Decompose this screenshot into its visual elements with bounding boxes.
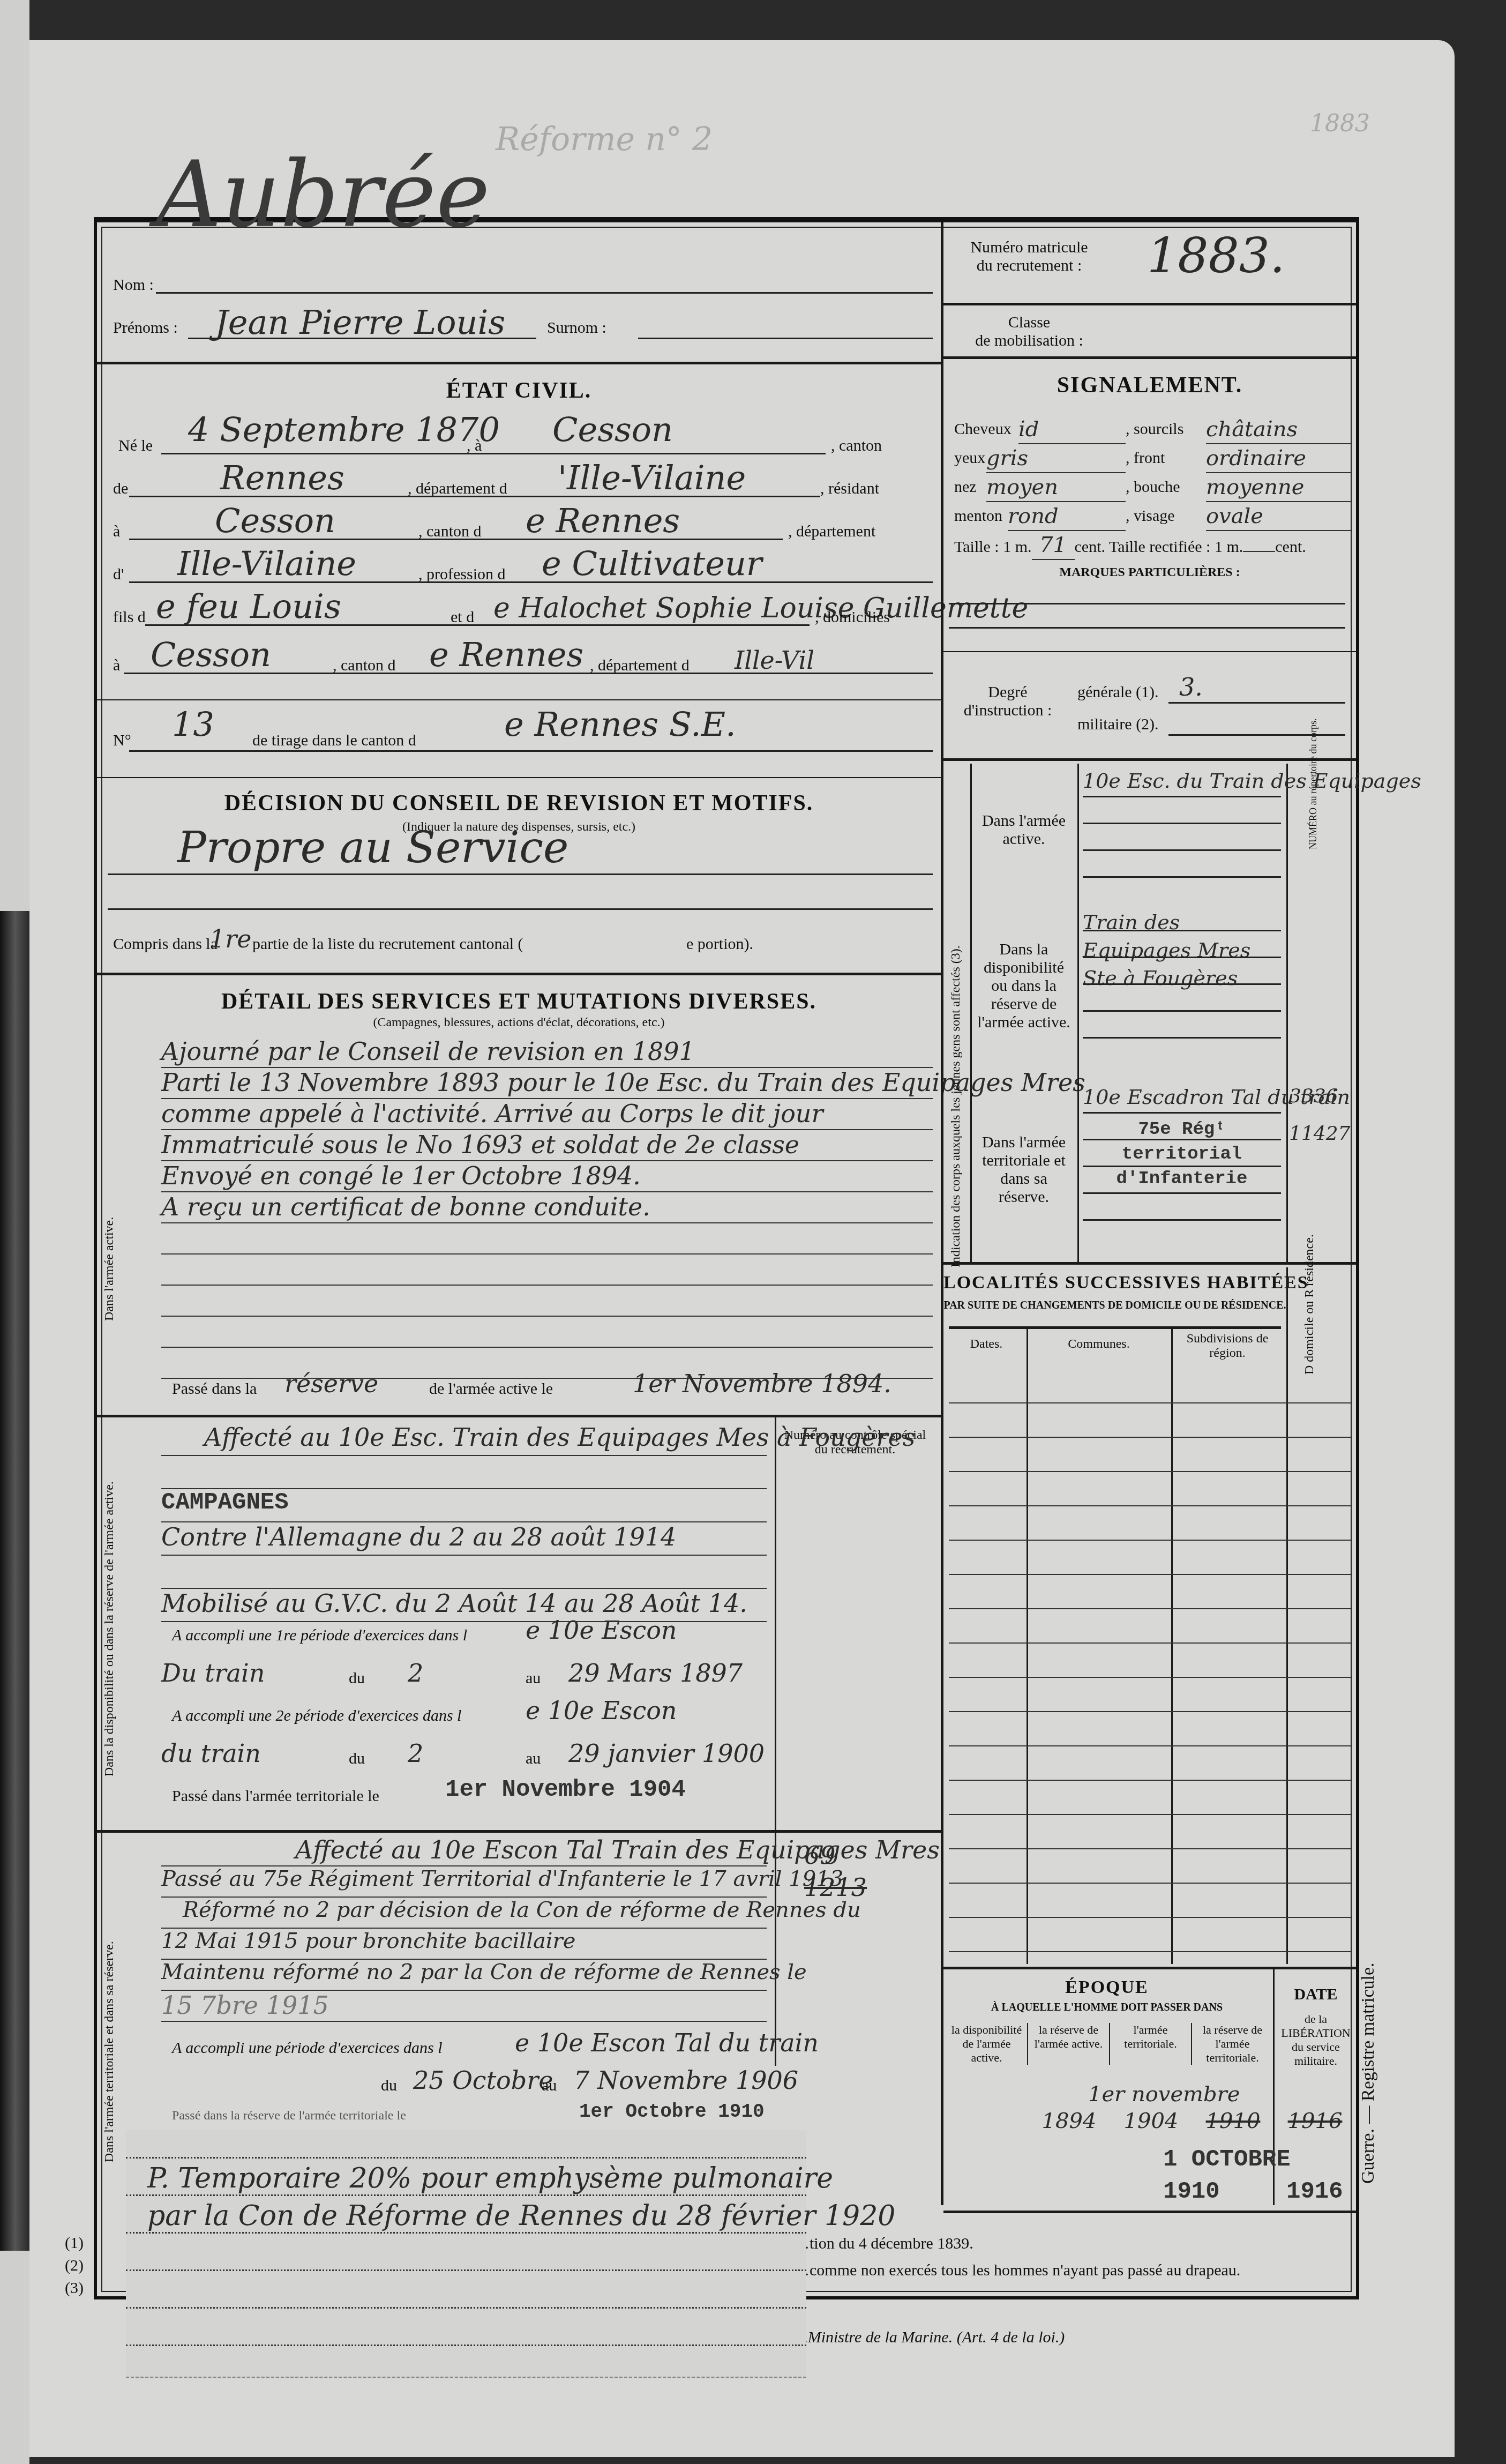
residence-canton-label: , canton d [418,522,481,541]
passe-territoriale-date: 1er Novembre 1904 [445,1776,686,1803]
top-right-pencil-number: 1883 [1310,110,1370,137]
localites-title: LOCALITÉS SUCCESSIVES HABITÉES [943,1273,1286,1293]
prenoms-value: Jean Pierre Louis [215,303,505,342]
passe-reserve-territoriale-date: 1er Octobre 1910 [579,2101,765,2123]
corps-active-value: 10e Esc. du Train des Equipages [1083,769,1421,793]
service-line: Parti le 13 Novembre 1893 pour le 10e Es… [161,1068,933,1099]
cheveux-value: id [1018,415,1126,444]
footer-vertical-label: Guerre. — Registre matricule. [1358,1962,1378,2184]
compris-label-2: partie de la liste du recrutement canton… [252,935,523,953]
service-line: Passé au 75e Régiment Territorial d'Infa… [161,1866,767,1898]
residence-departement: Ille-Vilaine [177,544,356,583]
localites-subtitle: PAR SUITE DE CHANGEMENTS DE DOMICILE OU … [943,1300,1286,1312]
service-line: Maintenu réformé no 2 par la Con de réfo… [161,1960,767,1991]
corps-row-label-disponibilite: Dans la disponibilité ou dans la réserve… [976,940,1072,1032]
periode1-du-label: du [349,1669,365,1688]
taille-value: 71 [1032,531,1075,560]
corps-territoriale-numero: 3336 [1289,1085,1338,1107]
localites-dr-label: D domicile ou R résidence. [1302,1234,1317,1375]
classe-label: Classe de mobilisation : [949,313,1110,350]
residant-label: , résidant [820,480,879,498]
periode1-au: 29 Mars 1897 [568,1659,743,1688]
campagnes-stamp: CAMPAGNES [161,1489,767,1522]
bouche-value: moyenne [1206,473,1351,502]
periode2-du: 2 [408,1739,423,1768]
canton-label: , canton [831,437,882,455]
menton-value: rond [1008,502,1126,531]
corps-territoriale-stamp: 75e Régᵗ territorial d'Infanterie [1083,1117,1281,1191]
et-de-label: et d [451,608,474,626]
domicile-canton-label: , canton d [333,656,395,675]
service-line: comme appelé à l'activité. Arrivé au Cor… [161,1099,933,1130]
periode2-unite2: du train [161,1739,261,1768]
pasted-note-line-1: P. Temporaire 20% pour emphysème pulmona… [147,2162,833,2194]
service-line: Affecté au 10e Escon Tal Train des Equip… [161,1835,767,1866]
epoque-columns: la disponibilité de l'armée active. la r… [946,2023,1273,2065]
services-subtitle: (Campagnes, blessures, actions d'éclat, … [97,1016,941,1030]
residence-a-label: à [113,522,120,541]
epoque-values: 1894 1904 1910 1916 [946,2109,1356,2133]
nom-label: Nom : [113,276,154,294]
nez-value: moyen [986,473,1126,502]
territoriale-entries: Affecté au 10e Escon Tal Train des Equip… [161,1835,767,2022]
service-line: Ajourné par le Conseil de revision en 18… [161,1037,933,1068]
birth-departement: 'Ille-Vilaine [558,458,746,497]
service-line: Envoyé en congé le 1er Octobre 1894. [161,1161,933,1192]
liberation-title: DATE [1276,1985,1356,2004]
epoque-subtitle: À LAQUELLE L'HOMME DOIT PASSER DANS [943,2002,1270,2014]
profession-value: e Cultivateur [542,544,762,583]
pasted-note-line-2: par la Con de Réforme de Rennes du 28 fé… [147,2200,895,2232]
service-line: Réformé no 2 par décision de la Con de r… [161,1898,767,1929]
matricule-number: 1883. [1147,228,1285,284]
periode1-unite: e 10e Escon [526,1616,677,1645]
periode3-unite: e 10e Escon Tal du train [515,2028,819,2057]
service-line: A reçu un certificat de bonne conduite. [161,1192,933,1223]
form-frame: Aubrée Nom : Prénoms : Jean Pierre Louis… [94,217,1359,2299]
service-line: Immatriculé sous le No 1693 et soldat de… [161,1130,933,1161]
visage-value: ovale [1206,502,1351,531]
localites-col-subdivisions: Subdivisions de région. [1174,1332,1281,1361]
surnom-label: Surnom : [547,319,606,337]
tirage-no-label: N° [113,731,131,750]
campagne-line: Contre l'Allemagne du 2 au 28 août 1914 [161,1522,767,1556]
periode3-du: 25 Octobre [413,2066,553,2095]
parents-departement: Ille-Vil [735,646,814,675]
corps-row-label-active: Dans l'armée active. [976,812,1072,848]
compris-label-3: e portion). [686,935,753,953]
service-line: Affecté au 10e Esc. Train des Equipages … [161,1423,767,1456]
armee-active-side-label: Dans l'armée active. [102,1217,117,1321]
footnote-3: …Ministre de la Marine. (Art. 4 de la lo… [793,2328,1065,2347]
a-label: , à [467,437,482,455]
epoque-handwritten-header: 1er novembre [1088,2082,1240,2107]
footnote-markers: (1) (2) (3) [65,2232,84,2299]
taille-rectifiee-value [1243,551,1275,552]
periode2-au-label: au [526,1750,541,1768]
territoriale-numero-1: 69 [804,1841,836,1870]
epoque-title: ÉPOQUE [943,1977,1270,1998]
marques-title: MARQUES PARTICULIÈRES : [943,565,1356,580]
passe-reserve-label-2: de l'armée active le [429,1380,553,1398]
birth-canton: Rennes [220,458,344,497]
instruction-generale-value: 3. [1179,673,1203,701]
surname-value: Aubrée [156,142,490,248]
disponibilite-side-label: Dans la disponibilité ou dans la réserve… [102,1481,117,1776]
domicile-a-label: à [113,656,120,675]
stamp-year-1916: 1916 [1286,2178,1343,2205]
residence-commune: Cesson [215,501,335,540]
domicilies-label: , domiciliés [815,608,890,626]
corps-row-label-territoriale: Dans l'armée territoriale et dans sa rés… [976,1133,1072,1206]
etat-civil-title: ÉTAT CIVIL. [97,378,941,404]
compris-label: Compris dans la [113,935,218,953]
periode1-label: A accompli une 1re période d'exercices d… [172,1626,467,1645]
liberation-value: 1916 [1274,2109,1356,2133]
decision-value: Propre au Service [177,823,568,872]
territoriale-side-label: Dans l'armée territoriale et dans sa rés… [102,1941,117,2162]
services-title: DÉTAIL DES SERVICES ET MUTATIONS DIVERSE… [97,989,941,1014]
de-label: de [113,480,128,498]
pasted-note-slip: P. Temporaire 20% pour emphysème pulmona… [126,2130,806,2378]
mother-name: e Halochet Sophie Louise Guillemette [493,592,1028,624]
periode1-unite2: Du train [161,1659,265,1688]
instruction-label: Degré d'instruction : [949,683,1067,720]
periode2-label: A accompli une 2e période d'exercices da… [172,1707,461,1725]
periode2-du-label: du [349,1750,365,1768]
periode3-au: 7 Novembre 1906 [574,2066,798,2095]
corps-side-label: Indication des corps auxquels les jeunes… [949,945,963,1267]
parents-domicile: Cesson [151,635,271,674]
residence-dep-prefix: d' [113,565,124,584]
parents-canton: e Rennes [429,635,583,674]
periode1-du: 2 [408,1659,423,1688]
tirage-number: 13 [172,705,214,744]
service-line: 15 7bre 1915 [161,1991,767,2022]
passe-reserve-territoriale-label: Passé dans la réserve de l'armée territo… [172,2109,406,2123]
instruction-militaire-label: militaire (2). [1077,715,1159,734]
birth-place: Cesson [552,410,673,449]
signalement-title: SIGNALEMENT. [943,372,1356,398]
birth-date: 4 Septembre 1870 [188,410,500,449]
periode3-du-label: du [381,2077,397,2095]
corps-territoriale-numero-2: 11427 [1289,1123,1351,1145]
compris-partie: 1re [209,924,251,953]
register-page: Réforme n° 2 1883 Aubrée Nom : Prénoms :… [29,40,1455,2457]
fils-de-label: fils d [113,608,146,626]
periode3-label: A accompli une période d'exercices dans … [172,2039,443,2057]
residence-departement-label: , département [788,522,875,541]
disponibilite-entries: Affecté au 10e Esc. Train des Equipages … [161,1423,767,1622]
localites-col-communes: Communes. [1029,1337,1168,1352]
armee-active-entries: Ajourné par le Conseil de revision en 18… [161,1037,933,1379]
profession-label: , profession d [418,565,505,584]
yeux-value: gris [986,444,1126,473]
passe-reserve-date: 1er Novembre 1894. [633,1369,891,1398]
localites-col-dates: Dates. [949,1337,1024,1352]
signalement-fields: Cheveux id , sourcils châtains yeux gris… [954,415,1351,561]
sourcils-value: châtains [1206,415,1351,444]
departement-label: , département d [408,480,507,498]
corps-disponibilite-value: Train des Equipages Mres Ste à Fougères [1083,908,1281,992]
territoriale-numero-2: 1213 [804,1873,867,1902]
service-line: 12 Mai 1915 pour bronchite bacillaire [161,1929,767,1960]
localites-table-body [949,1369,1351,1959]
father-name: e feu Louis [156,587,341,626]
prenoms-label: Prénoms : [113,319,178,337]
tirage-canton: e Rennes S.E. [504,705,736,744]
liberation-subtitle: de la LIBÉRATION du service militaire. [1276,2012,1356,2068]
front-value: ordinaire [1206,444,1351,473]
decision-title: DÉCISION DU CONSEIL DE REVISION ET MOTIF… [97,790,941,816]
passe-territoriale-label: Passé dans l'armée territoriale le [172,1787,379,1805]
domicile-departement-label: , département d [590,656,690,675]
footnote-2: …comme non exercés tous les hommes n'aya… [793,2261,1240,2280]
periode2-unite: e 10e Escon [526,1696,677,1725]
residence-canton: e Rennes [526,501,680,540]
tirage-label: de tirage dans le canton d [252,731,416,750]
passe-reserve-value: réserve [284,1369,378,1398]
ne-le-label: Né le [118,437,153,455]
footnote-1: …tion du 4 décembre 1839. [793,2235,973,2253]
top-pencil-note: Réforme n° 2 [496,121,713,158]
periode3-au-label: au [542,2077,557,2095]
matricule-label: Numéro matricule du recrutement : [949,238,1110,275]
periode2-au: 29 janvier 1900 [568,1739,765,1768]
passe-reserve-label: Passé dans la [172,1380,257,1398]
stamp-year-1910: 1910 [1163,2178,1220,2205]
periode1-au-label: au [526,1669,541,1688]
instruction-generale-label: générale (1). [1077,683,1159,701]
stamp-date: 1 OCTOBRE [1163,2146,1291,2173]
